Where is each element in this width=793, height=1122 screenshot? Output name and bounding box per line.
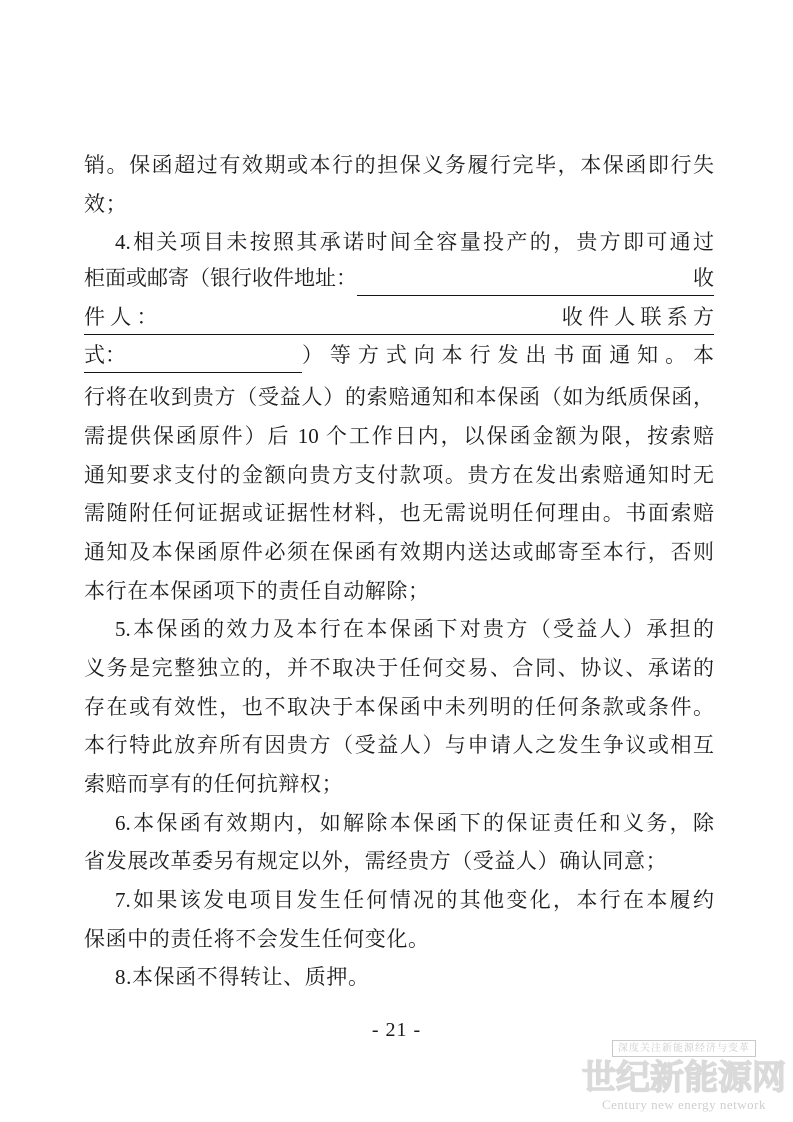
- blank-label-contact: 收 件 人 联 系 方: [562, 301, 714, 335]
- doc-line: 本行特此放弃所有因贵方（受益人）与申请人之发生争议或相互: [84, 726, 714, 765]
- watermark-banner-slogan: 深度关注新能源经济与变革: [612, 1040, 756, 1057]
- doc-line: 需提供保函原件）后 10 个工作日内，以保函金额为限，按索赔: [84, 417, 714, 456]
- doc-line: 义务是完整独立的，并不取决于任何交易、合同、协议、承诺的: [84, 649, 714, 688]
- doc-line: 销。保函超过有效期或本行的担保义务履行完毕，本保函即行失: [84, 146, 714, 185]
- fill-in-blank-recipient: [158, 301, 562, 335]
- blank-label-recipient: 件 人 ：: [84, 301, 158, 335]
- doc-line: 省发展改革委另有规定以外，需经贵方（受益人）确认同意；: [84, 842, 714, 881]
- doc-line-address-blank: 柜面或邮寄（银行收件地址： 收: [84, 262, 714, 301]
- doc-line: 索赔而享有的任何抗辩权；: [84, 765, 714, 804]
- doc-line-clause-6: 6.本保函有效期内，如解除本保函下的保证责任和义务，除: [84, 804, 714, 843]
- doc-line-clause-8: 8.本保函不得转让、质押。: [84, 958, 714, 997]
- doc-line-recipient-blank: 件 人 ： 收 件 人 联 系 方: [84, 301, 714, 340]
- doc-line: 本行在本保函项下的责任自动解除；: [84, 572, 714, 611]
- doc-line-clause-4: 4.相关项目未按照其承诺时间全容量投产的，贵方即可通过: [84, 223, 714, 262]
- doc-line: 需随附任何证据或证据性材料，也无需说明任何理由。书面索赔: [84, 494, 714, 533]
- blank-label-contact-cont: 式：: [84, 339, 126, 373]
- doc-line-clause-5: 5.本保函的效力及本行在本保函下对贵方（受益人）承担的: [84, 610, 714, 649]
- doc-line: 存在或有效性，也不取决于本保函中未列明的任何条款或条件。: [84, 688, 714, 727]
- watermark-subtitle: Century new energy network: [577, 1097, 791, 1112]
- doc-line: 通知要求支付的金额向贵方支付款项。贵方在发出索赔通知时无: [84, 456, 714, 495]
- document-body: 销。保函超过有效期或本行的担保义务履行完毕，本保函即行失 效； 4.相关项目未按…: [84, 146, 714, 997]
- document-page: 销。保函超过有效期或本行的担保义务履行完毕，本保函即行失 效； 4.相关项目未按…: [0, 0, 793, 1122]
- watermark-logo-text: 世纪新能源网: [577, 1058, 791, 1100]
- fill-in-blank-contact: [126, 339, 302, 373]
- doc-line-contact-blank: 式： ）等方式向本行发出书面通知。本: [84, 339, 714, 378]
- blank-label-address: 柜面或邮寄（银行收件地址：: [84, 262, 357, 295]
- fill-in-blank-address: [357, 262, 693, 296]
- doc-line: 通知及本保函原件必须在保函有效期内送达或邮寄至本行，否则: [84, 533, 714, 572]
- doc-line: 行将在收到贵方（受益人）的索赔通知和本保函（如为纸质保函，: [84, 378, 714, 417]
- doc-line-clause-7: 7.如果该发电项目发生任何情况的其他变化，本行在本履约: [84, 881, 714, 920]
- doc-line: 效；: [84, 185, 714, 224]
- watermark: 深度关注新能源经济与变革 世纪新能源网 Century new energy n…: [577, 1038, 791, 1112]
- blank-tail-text: 收: [693, 262, 714, 296]
- doc-line-text: ）等方式向本行发出书面通知。本: [302, 339, 714, 372]
- doc-line: 保函中的责任将不会发生任何变化。: [84, 920, 714, 959]
